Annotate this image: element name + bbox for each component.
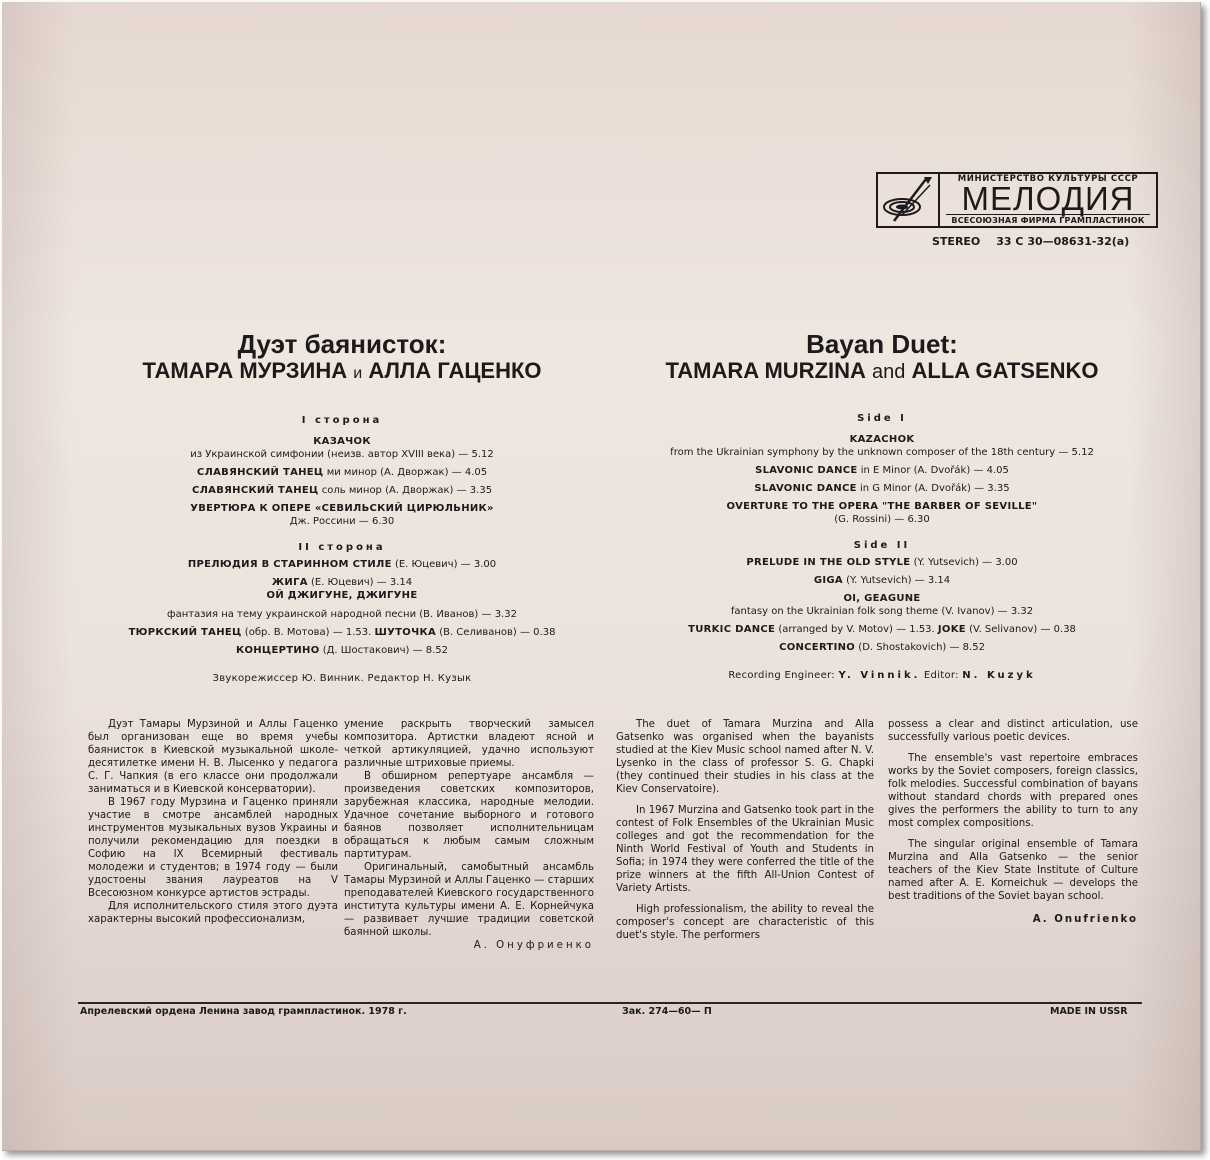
- ru-paragraph: Дуэт Тамары Мурзиной и Аллы Гаценко был …: [88, 718, 338, 796]
- track-title: JOKE: [938, 624, 966, 635]
- track-title: СЛАВЯНСКИЙ ТАНЕЦ: [197, 467, 324, 478]
- logo-wordmark: МИНИСТЕРСТВО КУЛЬТУРЫ СССР МЕЛОДИЯ ВСЕСО…: [940, 172, 1158, 228]
- format-label: STEREO: [932, 235, 980, 248]
- track-detail: из Украинской симфонии (неизв. автор XVI…: [92, 448, 592, 461]
- track-title: SLAVONIC DANCE: [754, 483, 856, 494]
- en-paragraph: The singular original ensemble of Tamara…: [888, 838, 1138, 903]
- track-title: OVERTURE TO THE OPERA "THE BARBER OF SEV…: [727, 501, 1038, 512]
- track-detail: from the Ukrainian symphony by the unkno…: [622, 446, 1142, 459]
- en-track: OI, GEAGUNEfantasy on the Ukrainian folk…: [622, 592, 1142, 618]
- track-title: ОЙ ДЖИГУНЕ, ДЖИГУНЕ: [267, 590, 418, 601]
- track-title: OI, GEAGUNE: [843, 593, 920, 604]
- record-arrow-emblem-icon: [876, 172, 940, 228]
- en-artists: TAMARA MURZINA and ALLA GATSENKO: [622, 358, 1142, 385]
- en-track: CONCERTINO (D. Shostakovich) — 8.52: [622, 641, 1142, 654]
- ru-track: ОЙ ДЖИГУНЕ, ДЖИГУНЕфантазия на тему укра…: [92, 589, 592, 621]
- en-notes-col2: possess a clear and distinct articulatio…: [888, 718, 1138, 926]
- ru-side1-label: I сторона: [92, 415, 592, 426]
- track-detail: (Y. Yutsevich) — 3.14: [846, 575, 950, 586]
- track-detail: (Е. Юцевич) — 3.14: [311, 577, 412, 588]
- editor-name: N. Kuzyk: [962, 670, 1035, 681]
- ru-signature: А. Онуфриенко: [344, 939, 594, 952]
- en-paragraph: The ensemble's vast repertoire embraces …: [888, 752, 1138, 830]
- ru-paragraph: В 1967 году Мурзина и Гаценко приняли уч…: [88, 796, 338, 900]
- track-detail: соль минор (А. Дворжак) — 3.35: [322, 485, 492, 496]
- en-artist-1: TAMARA MURZINA: [665, 358, 865, 383]
- ru-track: СЛАВЯНСКИЙ ТАНЕЦ ми минор (А. Дворжак) —…: [92, 466, 592, 479]
- ru-credits: Звукорежиссер Ю. Винник. Редактор Н. Куз…: [92, 673, 592, 684]
- en-track: GIGA (Y. Yutsevich) — 3.14: [622, 574, 1142, 587]
- melodiya-logo: МИНИСТЕРСТВО КУЛЬТУРЫ СССР МЕЛОДИЯ ВСЕСО…: [876, 172, 1158, 228]
- footer-origin: MADE IN USSR: [1050, 1006, 1128, 1017]
- footer-order: Зак. 274—60— П: [622, 1006, 712, 1017]
- ru-notes-col1: Дуэт Тамары Мурзиной и Аллы Гаценко был …: [88, 718, 338, 926]
- track-detail: fantasy on the Ukrainian folk song theme…: [622, 605, 1142, 618]
- ru-side2-label: II сторона: [92, 542, 592, 553]
- track-detail: (В. Селиванов) — 0.38: [439, 627, 555, 638]
- track-detail: (Д. Шостакович) — 8.52: [323, 645, 448, 656]
- ru-track: ТЮРКСКИЙ ТАНЕЦ (обр. В. Мотова) — 1.53. …: [92, 626, 592, 639]
- company-text: ВСЕСОЮЗНАЯ ФИРМА ГРАМПЛАСТИНОК: [946, 214, 1149, 226]
- track-title: PRELUDE IN THE OLD STYLE: [746, 557, 910, 568]
- ru-track: СЛАВЯНСКИЙ ТАНЕЦ соль минор (А. Дворжак)…: [92, 484, 592, 497]
- track-detail: фантазия на тему украинской народной пес…: [92, 608, 592, 621]
- track-title: КОНЦЕРТИНО: [236, 645, 320, 656]
- ru-artists: ТАМАРА МУРЗИНА и АЛЛА ГАЦЕНКО: [92, 358, 592, 387]
- track-detail: (обр. В. Мотова) — 1.53.: [245, 627, 372, 638]
- en-and: and: [872, 361, 905, 383]
- en-paragraph: High professionalism, the ability to rev…: [616, 903, 874, 942]
- en-signature: A. Onufrienko: [888, 913, 1138, 926]
- catalog-number: STEREO33 С 30—08631-32(а): [932, 235, 1145, 248]
- track-detail: (arranged by V. Motov) — 1.53.: [778, 624, 934, 635]
- ru-paragraph: Оригинальный, самобытный ансамбль Тамары…: [344, 861, 594, 939]
- en-side1-label: Side I: [622, 413, 1142, 424]
- en-paragraph: In 1967 Murzina and Gatsenko took part i…: [616, 804, 874, 895]
- catalog-code: 33 С 30—08631-32(а): [996, 235, 1129, 248]
- editor-label: Editor:: [924, 670, 959, 681]
- ru-paragraph: умение раскрыть творческий замысел компо…: [344, 718, 594, 770]
- ru-tracklist: Дуэт баянисток: ТАМАРА МУРЗИНА и АЛЛА ГА…: [92, 330, 592, 684]
- track-detail: (V. Selivanov) — 0.38: [969, 624, 1076, 635]
- en-track: PRELUDE IN THE OLD STYLE (Y. Yutsevich) …: [622, 556, 1142, 569]
- en-track: SLAVONIC DANCE in G Minor (A. Dvořák) — …: [622, 482, 1142, 495]
- track-detail: Дж. Россини — 6.30: [92, 515, 592, 528]
- track-title: ЖИГА: [272, 577, 308, 588]
- ru-paragraph: В обширном репертуаре ансамбля — произве…: [344, 770, 594, 861]
- en-paragraph: The duet of Tamara Murzina and Alla Gats…: [616, 718, 874, 796]
- ru-title: Дуэт баянисток:: [92, 330, 592, 358]
- track-title: KAZACHOK: [850, 434, 915, 445]
- track-title: CONCERTINO: [779, 642, 855, 653]
- track-detail: in E Minor (A. Dvořák) — 4.05: [861, 465, 1009, 476]
- footer-plant: Апрелевский ордена Ленина завод грамплас…: [80, 1006, 407, 1017]
- track-title: SLAVONIC DANCE: [755, 465, 857, 476]
- en-artist-2: ALLA GATSENKO: [912, 358, 1099, 383]
- track-detail: (Y. Yutsevich) — 3.00: [914, 557, 1018, 568]
- engineer-label: Recording Engineer:: [728, 670, 835, 681]
- ru-notes-col2: умение раскрыть творческий замысел компо…: [344, 718, 594, 952]
- track-detail: in G Minor (A. Dvořák) — 3.35: [860, 483, 1010, 494]
- ru-track: КОНЦЕРТИНО (Д. Шостакович) — 8.52: [92, 644, 592, 657]
- track-detail: ми минор (А. Дворжак) — 4.05: [327, 467, 487, 478]
- brand-name: МЕЛОДИЯ: [962, 184, 1135, 214]
- ru-artist-1: ТАМАРА МУРЗИНА: [142, 358, 347, 383]
- en-tracklist: Bayan Duet: TAMARA MURZINA and ALLA GATS…: [622, 330, 1142, 681]
- footer-divider: [78, 1002, 1142, 1004]
- track-detail: (D. Shostakovich) — 8.52: [858, 642, 985, 653]
- en-side2-label: Side II: [622, 540, 1142, 551]
- en-title: Bayan Duet:: [622, 330, 1142, 358]
- track-detail: (Е. Юцевич) — 3.00: [395, 559, 496, 570]
- en-track: TURKIC DANCE (arranged by V. Motov) — 1.…: [622, 623, 1142, 636]
- en-notes-col1: The duet of Tamara Murzina and Alla Gats…: [616, 718, 874, 950]
- track-title: КАЗАЧОК: [313, 436, 371, 447]
- en-track: KAZACHOKfrom the Ukrainian symphony by t…: [622, 433, 1142, 459]
- track-title: TURKIC DANCE: [688, 624, 775, 635]
- en-credits: Recording Engineer: Y. Vinnik. Editor: N…: [622, 670, 1142, 681]
- ru-paragraph: Для исполнительского стиля этого дуэта х…: [88, 900, 338, 926]
- track-title: ТЮРКСКИЙ ТАНЕЦ: [129, 627, 242, 638]
- ru-and: и: [353, 365, 362, 382]
- track-title: ШУТОЧКА: [375, 627, 436, 638]
- ru-track: ПРЕЛЮДИЯ В СТАРИННОМ СТИЛЕ (Е. Юцевич) —…: [92, 558, 592, 571]
- ru-track: ЖИГА (Е. Юцевич) — 3.14: [92, 576, 592, 589]
- record-sleeve-back: МИНИСТЕРСТВО КУЛЬТУРЫ СССР МЕЛОДИЯ ВСЕСО…: [2, 2, 1201, 1151]
- track-title: GIGA: [814, 575, 843, 586]
- track-title: СЛАВЯНСКИЙ ТАНЕЦ: [192, 485, 319, 496]
- engineer-name: Y. Vinnik.: [838, 670, 920, 681]
- track-title: УВЕРТЮРА К ОПЕРЕ «СЕВИЛЬСКИЙ ЦИРЮЛЬНИК»: [190, 503, 494, 514]
- en-track: SLAVONIC DANCE in E Minor (A. Dvořák) — …: [622, 464, 1142, 477]
- track-title: ПРЕЛЮДИЯ В СТАРИННОМ СТИЛЕ: [188, 559, 392, 570]
- en-paragraph: possess a clear and distinct articulatio…: [888, 718, 1138, 744]
- ru-track: УВЕРТЮРА К ОПЕРЕ «СЕВИЛЬСКИЙ ЦИРЮЛЬНИК»Д…: [92, 502, 592, 528]
- track-detail: (G. Rossini) — 6.30: [622, 513, 1142, 526]
- en-track: OVERTURE TO THE OPERA "THE BARBER OF SEV…: [622, 500, 1142, 526]
- ru-track: КАЗАЧОКиз Украинской симфонии (неизв. ав…: [92, 435, 592, 461]
- ru-artist-2: АЛЛА ГАЦЕНКО: [368, 358, 541, 383]
